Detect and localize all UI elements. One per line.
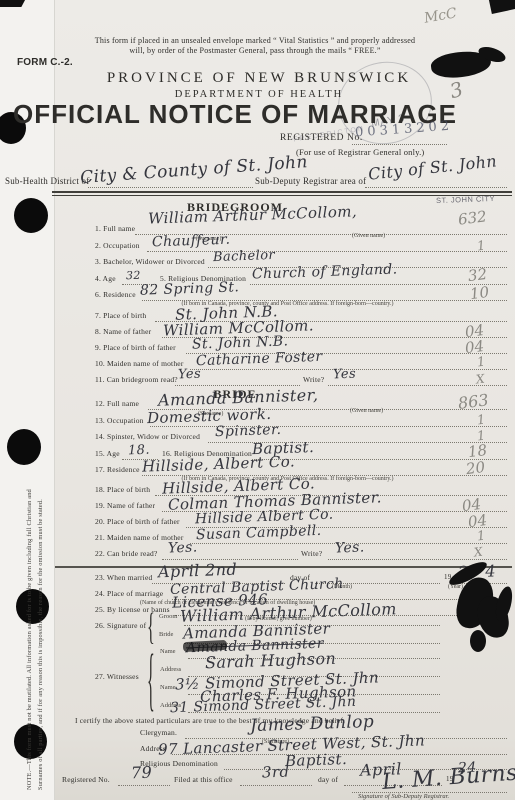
bride-age-value: 18.	[128, 443, 150, 459]
dotted-line	[352, 143, 447, 145]
side-note-line2: Surnames of all parties, and if for any …	[37, 275, 44, 790]
bride-read-label: 22. Can bride read?	[95, 549, 158, 558]
groom-occupation-value: Chauffeur.	[152, 232, 231, 251]
witness-name-label: Name	[160, 648, 176, 655]
groom-read-label: 11. Can bridegroom read?	[95, 375, 178, 384]
clergyman-label: Clergyman.	[140, 728, 177, 737]
margin-code: 10	[469, 283, 490, 303]
province-title: PROVINCE OF NEW BRUNSWICK	[0, 70, 515, 87]
divider-rule	[52, 191, 512, 193]
margin-code: 1	[476, 239, 486, 255]
pencil-initials: McC	[423, 5, 458, 26]
signature-of-label: 26. Signature of	[95, 621, 146, 630]
bride-birthplace-label: 18. Place of birth	[95, 485, 150, 494]
groom-status-label: 3. Bachelor, Widower or Divorced	[95, 257, 205, 266]
bride-father-birthplace-label: 20. Place of birth of father	[95, 517, 180, 526]
registrar-general-note: (For use of Registrar General only.)	[296, 147, 424, 157]
filed-value: 3rd	[262, 763, 290, 782]
mail-notice-line2: will, by order of the Postmaster General…	[75, 46, 435, 55]
ink-blot	[493, 585, 515, 623]
sub-health-district-label: Sub-Health District of	[5, 176, 89, 186]
groom-denomination-value: Church of England.	[252, 261, 398, 282]
registered-no-label: REGISTERED No.	[280, 133, 363, 143]
dotted-line	[240, 784, 312, 786]
mail-notice-line1: This form if placed in an unsealed envel…	[75, 36, 435, 45]
groom-residence-label: 6. Residence	[95, 290, 136, 299]
groom-birthplace-label: 7. Place of birth	[95, 311, 146, 320]
margin-code: 32	[467, 265, 488, 285]
bride-read-value: Yes.	[168, 539, 198, 556]
marriage-certificate-document: McC 3 MAY 3 FREDERICTON ST. JOHN CITY Th…	[0, 0, 515, 800]
when-married-label: 23. When married	[95, 573, 152, 582]
witness1-name-value: Sarah Hughson	[205, 649, 337, 673]
when-married-value: April 2nd	[158, 560, 238, 582]
groom-mother-value: Catharine Foster	[196, 349, 323, 369]
clergyman-signature: James Dunlop	[250, 712, 375, 736]
footer-day-of-label: day of	[318, 775, 338, 784]
bride-mother-value: Susan Campbell.	[196, 523, 322, 543]
divider-rule	[55, 566, 512, 568]
bride-father-label: 19. Name of father	[95, 501, 155, 510]
witness-address-label: Address	[160, 666, 181, 673]
place-of-marriage-label: 24. Place of marriage	[95, 589, 163, 598]
brace: {	[147, 645, 155, 724]
footer-registered-value: 79	[131, 763, 153, 783]
given-name-note: (Given name)	[352, 233, 385, 239]
groom-write-value: Yes	[333, 367, 357, 383]
groom-father-label: 8. Name of father	[95, 327, 151, 336]
groom-age-value: 32	[126, 269, 141, 283]
given-name-note: (Given name)	[350, 408, 383, 414]
punch-hole	[7, 429, 41, 465]
ink-mark	[489, 0, 515, 14]
bride-write-value: Yes.	[335, 539, 365, 556]
margin-code: X	[475, 372, 485, 387]
groom-read-value: Yes	[178, 367, 202, 383]
groom-age-label: 4. Age	[95, 274, 116, 283]
margin-code: 863	[457, 390, 490, 413]
groom-full-name-label: 1. Full name	[95, 224, 135, 233]
registrar-signature-label: Signature of Sub-Deputy Registrar.	[358, 793, 449, 800]
groom-father-birthplace-label: 9. Place of birth of father	[95, 343, 176, 352]
groom-residence-value: 82 Spring St.	[140, 279, 240, 298]
margin-code: 04	[467, 511, 488, 531]
margin-code: 1	[476, 529, 486, 545]
margin-code: 1	[476, 355, 486, 371]
bride-occupation-label: 13. Occupation	[95, 416, 144, 425]
bride-residence-label: 17. Residence	[95, 465, 140, 474]
groom-mother-label: 10. Maiden name of mother	[95, 359, 184, 368]
divider-rule	[52, 195, 512, 196]
footer-registered-label: Registered No.	[62, 775, 110, 784]
bride-status-value: Spinster.	[215, 422, 282, 440]
bride-signature-label: Bride	[159, 631, 173, 638]
dotted-line	[147, 250, 507, 252]
margin-code: 632	[457, 207, 488, 228]
ink-blot	[470, 630, 486, 652]
margin-code: X	[473, 545, 483, 560]
residence-note: (If born in Canada, province, county and…	[115, 301, 460, 307]
bride-status-label: 14. Spinster, Widow or Divorced	[95, 432, 200, 441]
dotted-line	[88, 186, 253, 188]
groom-occupation-label: 2. Occupation	[95, 241, 140, 250]
bride-write-label: Write?	[301, 549, 322, 558]
dotted-line	[118, 784, 170, 786]
dotted-line	[365, 186, 507, 188]
witnesses-label: 27. Witnesses	[95, 672, 139, 681]
margin-code: 1	[476, 413, 486, 429]
groom-write-label: Write?	[303, 375, 324, 384]
bride-age-label: 15. Age	[95, 449, 120, 458]
margin-code: 20	[465, 458, 486, 478]
side-note-line1: NOTE.—This form must not be mutilated. A…	[26, 275, 33, 790]
filed-label: Filed at this office	[174, 775, 233, 784]
clergyman-denomination-value: Baptist.	[285, 750, 348, 770]
sub-deputy-area-label: Sub-Deputy Registrar area of	[255, 176, 366, 186]
groom-signature-label: Groom	[159, 613, 177, 620]
groom-status-value: Bachelor	[213, 248, 276, 265]
form-number: FORM C.-2.	[17, 57, 73, 68]
bride-full-name-label: 12. Full name	[95, 399, 139, 408]
dotted-line	[150, 425, 507, 427]
witness-name-label: Name	[160, 684, 176, 691]
